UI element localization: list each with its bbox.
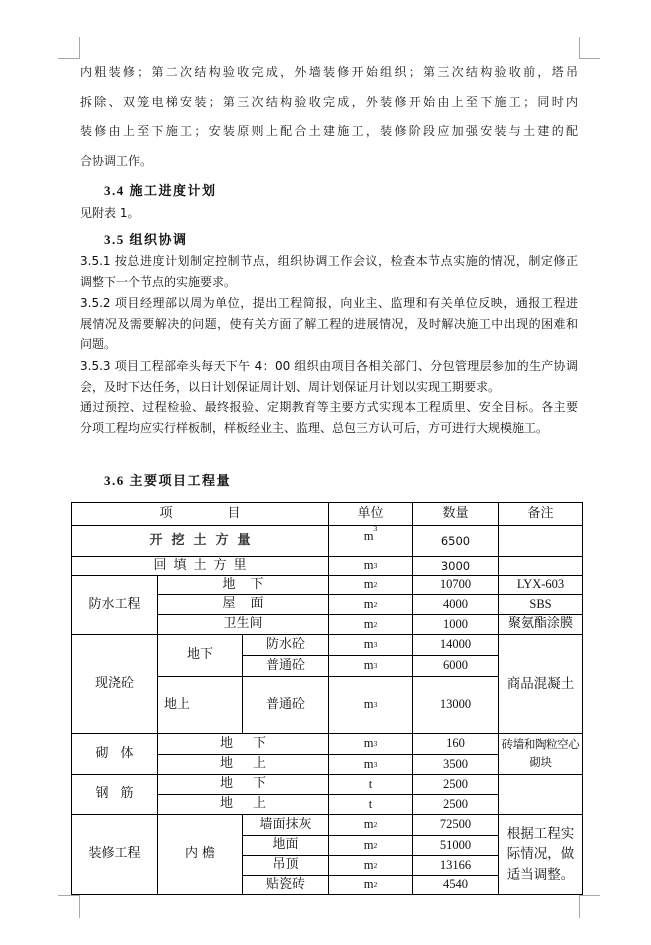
cell-category: 砌体 bbox=[72, 734, 158, 775]
cell-remark bbox=[499, 526, 583, 557]
item-label: 地下 bbox=[222, 577, 278, 593]
cell-unit: m2 bbox=[329, 595, 413, 615]
cell-location: 地下 bbox=[158, 635, 243, 677]
unit-base: t bbox=[369, 777, 372, 793]
header-item-label: 项目 bbox=[159, 506, 295, 522]
cell-unit: m3 bbox=[329, 677, 413, 734]
crop-mark-bottom-left bbox=[58, 895, 80, 918]
paragraph-line: 会，及时下达任务，以日计划保证周计划、周计划保证月计划以实现工期要求。 bbox=[80, 377, 578, 398]
cell-item: 防水砼 bbox=[243, 635, 329, 656]
item-label: 开挖土方量 bbox=[149, 533, 259, 549]
cell-quantity: 160 bbox=[413, 734, 499, 755]
section-3-4-body: 见附表 1。 bbox=[80, 203, 578, 224]
cell-unit: m2 bbox=[329, 836, 413, 856]
cell-remark: 砖墙和陶粒空心砌块 bbox=[499, 734, 583, 775]
subcategory-label: 内檐 bbox=[185, 846, 219, 862]
item-label: 回填土方里 bbox=[153, 558, 253, 574]
cell-unit: m2 bbox=[329, 856, 413, 876]
paragraph-line: 3.5.1 按总进度计划制定控制节点，组织协调工作会议，检查本节点实施的情况，制… bbox=[80, 251, 578, 272]
cell-quantity: 2500 bbox=[413, 795, 499, 815]
cell-quantity: 10700 bbox=[413, 576, 499, 595]
cell-item: 地下 bbox=[158, 734, 329, 755]
cell-item: 吊顶 bbox=[243, 856, 329, 876]
cell-quantity: 3500 bbox=[413, 755, 499, 775]
cell-unit: m3 bbox=[329, 656, 413, 677]
section-heading-3-6: 3.6 主要项目工程量 bbox=[104, 471, 231, 491]
cell-quantity: 51000 bbox=[413, 836, 499, 856]
cell-category: 钢筋 bbox=[72, 775, 158, 815]
cell-unit: m3 bbox=[329, 734, 413, 755]
item-label: 地下 bbox=[220, 736, 286, 752]
paragraph-line: 问题。 bbox=[80, 334, 578, 355]
unit-base: m bbox=[364, 817, 374, 833]
cell-category: 装修工程 bbox=[72, 815, 158, 895]
item-label: 地下 bbox=[220, 776, 286, 792]
cell-quantity: 6000 bbox=[413, 656, 499, 677]
cell-item: 普通砼 bbox=[243, 677, 329, 734]
paragraph-line: 3.5.2 项目经理部以周为单位，提出工程简报，向业主、监理和有关单位反映，通报… bbox=[80, 293, 578, 314]
cell-remark bbox=[499, 557, 583, 576]
header-remark: 备注 bbox=[499, 503, 583, 526]
cell-item: 贴瓷砖 bbox=[243, 876, 329, 895]
cell-unit: m2 bbox=[329, 876, 413, 895]
cell-unit: m3 bbox=[329, 755, 413, 775]
section-heading-3-5: 3.5 组织协调 bbox=[104, 230, 188, 250]
cell-unit: m2 bbox=[329, 615, 413, 635]
cell-quantity: 4000 bbox=[413, 595, 499, 615]
cell-subcategory: 内檐 bbox=[158, 815, 243, 895]
cell-remark bbox=[499, 775, 583, 815]
cell-item: 地上 bbox=[158, 755, 329, 775]
cell-quantity: 3000 bbox=[413, 557, 499, 576]
cell-item: 回填土方里 bbox=[72, 557, 329, 576]
cell-unit: m3 bbox=[329, 557, 413, 576]
unit-base: m bbox=[364, 697, 374, 713]
cell-item: 开挖土方量 bbox=[72, 526, 329, 557]
category-label: 砌体 bbox=[95, 746, 145, 762]
unit-base: m bbox=[364, 838, 374, 854]
unit-base: m bbox=[364, 617, 374, 633]
unit-base: m bbox=[364, 736, 374, 752]
item-label: 地上 bbox=[220, 796, 286, 812]
cell-item: 地面 bbox=[243, 836, 329, 856]
intro-line: 拆除、双笼电梯安装；第三次结构验收完成，外装修开始由上至下施工；同时内 bbox=[80, 92, 578, 113]
quantities-table: 项目 单位 数量 备注 开挖土方量 m3 6500 回填土方里 m3 3000 … bbox=[71, 502, 583, 895]
cell-item: 卫生间 bbox=[158, 615, 329, 635]
unit-base: m bbox=[364, 877, 374, 893]
cell-remark: SBS bbox=[499, 595, 583, 615]
intro-line: 装修由上至下施工；安装原则上配合土建施工，装修阶段应加强安装与土建的配 bbox=[80, 121, 578, 142]
unit-base: t bbox=[369, 797, 372, 813]
cell-category: 现浇砼 bbox=[72, 635, 158, 734]
unit-base: m bbox=[364, 529, 374, 545]
cell-quantity: 6500 bbox=[413, 526, 499, 557]
cell-category: 防水工程 bbox=[72, 576, 158, 635]
cell-unit: m3 bbox=[329, 635, 413, 656]
intro-line: 合协调工作。 bbox=[80, 151, 578, 172]
unit-base: m bbox=[364, 637, 374, 653]
cell-remark: LYX-603 bbox=[499, 576, 583, 595]
cell-item: 地下 bbox=[158, 576, 329, 595]
cell-quantity: 2500 bbox=[413, 775, 499, 795]
cell-unit: m2 bbox=[329, 576, 413, 595]
crop-mark-bottom-right bbox=[579, 895, 600, 918]
cell-item: 地上 bbox=[158, 795, 329, 815]
cell-unit: m3 bbox=[329, 526, 413, 557]
cell-quantity: 1000 bbox=[413, 615, 499, 635]
cell-unit: m2 bbox=[329, 815, 413, 836]
cell-unit: t bbox=[329, 775, 413, 795]
unit-base: m bbox=[364, 577, 374, 593]
cell-quantity: 4540 bbox=[413, 876, 499, 895]
item-label: 地上 bbox=[220, 756, 286, 772]
crop-mark-top-right bbox=[579, 37, 600, 59]
item-label: 屋面 bbox=[222, 596, 278, 612]
cell-quantity: 14000 bbox=[413, 635, 499, 656]
cell-item: 墙面抹灰 bbox=[243, 815, 329, 836]
cell-quantity: 72500 bbox=[413, 815, 499, 836]
cell-item: 屋面 bbox=[158, 595, 329, 615]
unit-base: m bbox=[364, 658, 374, 674]
section-heading-3-4: 3.4 施工进度计划 bbox=[104, 181, 217, 201]
header-unit: 单位 bbox=[329, 503, 413, 526]
cell-item: 地下 bbox=[158, 775, 329, 795]
unit-base: m bbox=[364, 757, 374, 773]
cell-quantity: 13000 bbox=[413, 677, 499, 734]
cell-item: 普通砼 bbox=[243, 656, 329, 677]
unit-base: m bbox=[364, 597, 374, 613]
paragraph-line: 3.5.3 项目工程部牵头每天下午 4：00 组织由项目各相关部门、分包管理层参… bbox=[80, 356, 578, 377]
cell-remark: 聚氨酯涂膜 bbox=[499, 615, 583, 635]
header-item: 项目 bbox=[72, 503, 329, 526]
paragraph-line: 通过预控、过程检验、最终报验、定期教育等主要方式实现本工程质里、安全目标。各主要 bbox=[80, 397, 578, 418]
cell-location: 地上 bbox=[158, 677, 243, 734]
unit-base: m bbox=[364, 558, 374, 574]
intro-line: 内粗装修；第二次结构验收完成，外墙装修开始组织；第三次结构验收前，塔吊 bbox=[80, 62, 578, 83]
paragraph-line: 调整下一个节点的实施要求。 bbox=[80, 272, 578, 293]
header-quantity: 数量 bbox=[413, 503, 499, 526]
cell-quantity: 13166 bbox=[413, 856, 499, 876]
crop-mark-top-left bbox=[58, 37, 80, 59]
cell-remark: 商品混凝土 bbox=[499, 635, 583, 734]
paragraph-line: 分项工程均应实行样板制，样板经业主、监理、总包三方认可后，方可进行大规模施工。 bbox=[80, 418, 578, 439]
paragraph-line: 展情况及需要解决的问题，使有关方面了解工程的进展情况，及时解决施工中出现的困难和 bbox=[80, 314, 578, 335]
category-label: 钢筋 bbox=[95, 786, 145, 802]
unit-base: m bbox=[364, 858, 374, 874]
cell-unit: t bbox=[329, 795, 413, 815]
cell-remark: 根据工程实际情况，做适当调整。 bbox=[499, 815, 583, 895]
